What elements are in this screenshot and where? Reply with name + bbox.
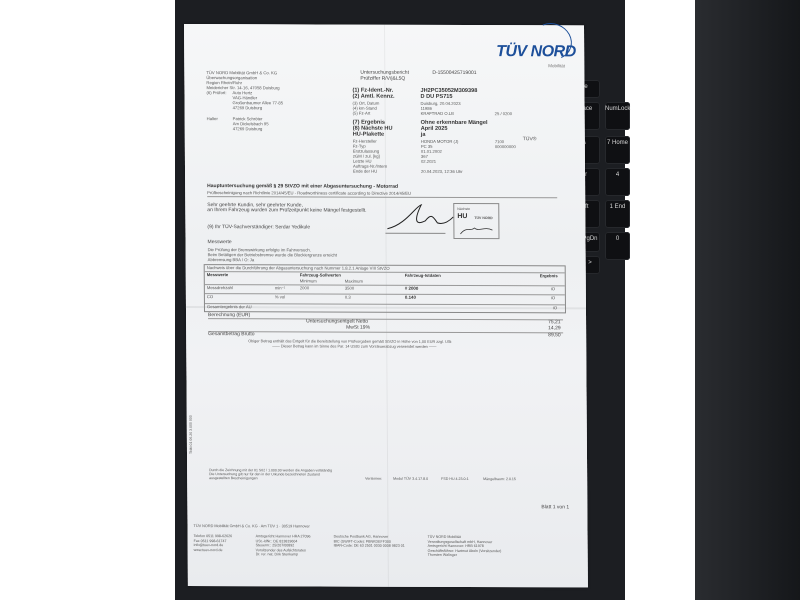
au-table: Nachweis über die Durchführung der Abgas… [204, 264, 566, 313]
pruefort-line: 47269 Duisburg [233, 105, 263, 110]
field-label: (5) Fz-Art [353, 111, 371, 116]
field-extra: 000000000 [495, 144, 516, 149]
prueffziffer: Prüfziffer R/V/j&L5Q [360, 77, 405, 82]
au-cell: 2000 [300, 285, 309, 290]
au-cell: 3500 [345, 286, 354, 291]
au-header: Fahrzeug-Sollwerten [300, 272, 341, 277]
footer-line: Dr. rer. nat. Dirk Stenkamp [256, 552, 298, 557]
au-cell: # 2000 [405, 286, 418, 291]
au-row-line [205, 271, 565, 273]
au-row-line [205, 293, 565, 295]
logo-brand: TÜV NORD [496, 43, 576, 61]
key-label: 7 Home [605, 140, 630, 146]
tuev-mark: TÜV® [523, 137, 537, 142]
au-cell: 0.3 [345, 295, 351, 300]
report-heading: Hauptuntersuchung gemäß § 29 StVZO mit e… [207, 184, 398, 190]
notice-line: ausgestellten Bescheinigungen [209, 476, 257, 481]
field-value: 20.04.2023, 12:36 Uhr [421, 169, 463, 174]
au-footer: Gesamtergebnis der AU [207, 304, 252, 309]
report-number: D-15500425719001 [432, 71, 476, 76]
key-label: 0 [605, 236, 630, 242]
total-value: 89,50 [548, 333, 561, 338]
field-label: (2) Amtl. Kennz. [352, 95, 394, 100]
signature-line [385, 233, 445, 234]
halter-line: 47269 Duisburg [233, 126, 263, 131]
key-label: NumLock [605, 106, 630, 112]
billing-note: —— Dieser Betrag kann im Sinne des Par. … [272, 344, 436, 350]
versions-label: Versionen: [365, 477, 382, 482]
pruefort-label: (6) Prüfort: [206, 90, 226, 95]
keyboard-shade [695, 0, 800, 600]
versions-maengel: Mängelbaum: 2.0.15 [483, 477, 516, 482]
field-label: Ende der HU [353, 169, 377, 174]
au-cell: min⁻¹ [275, 285, 285, 290]
key-1: 1 End [605, 200, 630, 228]
au-header: Messwerte [207, 272, 228, 277]
greeting-line: an Ihrem Fahrzeug wurden zum Prüfzeitpun… [207, 208, 366, 214]
au-header: Ergebnis [540, 273, 558, 278]
messwerte-title: Messwerte [208, 240, 232, 245]
stamp-main: HU [457, 214, 467, 219]
inspection-report-paper: TÜV NORD Mobilität TÜV NORD Mobilität Gm… [184, 24, 588, 587]
side-code: TNM 01 06.20 3.000 000 [189, 415, 194, 454]
billing-value: 14,29 [548, 326, 561, 331]
au-cell: CO [207, 294, 213, 299]
au-subheader: Maximum [345, 279, 363, 284]
key-label: 4 [605, 172, 630, 178]
field-value: ja [421, 133, 426, 138]
key-label: 1 End [605, 204, 630, 210]
key-4: 4 [605, 168, 630, 196]
versions-fsd: FSD HU 4.23.0-1 [441, 477, 469, 482]
report-subheading: Prüfbescheinigung nach Richtlinie 2014/4… [207, 190, 411, 196]
au-cell: % vol [275, 294, 285, 299]
au-footer-result: iO [553, 305, 557, 310]
logo-sub: Mobilität [548, 63, 565, 68]
au-subheader: Minimum [300, 278, 317, 283]
key-7: 7 Home [605, 136, 630, 164]
expert-name: (9) Ihr TÜV-Sachverständiger: Serdar Yed… [207, 225, 310, 231]
field-value: 02.2021 [421, 159, 436, 164]
hu-stamp: Nächste HU TÜV NORD [453, 203, 499, 239]
stamp-signature [458, 224, 494, 236]
au-caption: Nachweis über die Durchführung der Abgas… [207, 265, 390, 271]
au-cell: iO [551, 286, 555, 291]
stamp-brand: TÜV NORD [474, 216, 492, 221]
field-extra: 25 / 0200 [495, 111, 513, 116]
messwerte-line: Abbremsung BBA / O: Ja [208, 257, 255, 262]
signature [385, 203, 455, 233]
billing-label: MwSt 19% [346, 326, 370, 331]
key-numlock: NumLock [605, 102, 630, 130]
au-row-line [205, 303, 565, 305]
tuev-nord-logo: TÜV NORD Mobilität [496, 35, 576, 53]
au-row-line [205, 284, 565, 286]
field-value: KRAFTRAD O.LB [421, 111, 454, 116]
footer-company: TÜV NORD Mobilität GmbH & Co. KG · Am TÜ… [193, 524, 309, 530]
page-indicator: Blatt 1 von 1 [541, 505, 569, 510]
footer-line: www.tuev-nord.de [194, 548, 223, 553]
versions-module: Modul TÜV 3.4.17.8.0 [393, 477, 428, 482]
au-header: Fahrzeug-Istdaten [405, 273, 441, 278]
divider [207, 196, 557, 198]
footer-line: IBAN-Code: DE 63 2501 0030 0008 9823 01 [334, 544, 405, 549]
total-label: Gesamtbetrag Brutto [208, 332, 254, 337]
field-label: HU-Plakette [353, 133, 384, 138]
stamp-top: Nächste [457, 207, 470, 212]
key-0: 0 [605, 232, 630, 260]
footer-line: Thorsten Walinger [428, 553, 457, 558]
halter-label: Halter [207, 116, 218, 121]
field-value: D DU PS715 [420, 95, 452, 100]
au-cell: Messdrehzahl [207, 285, 233, 290]
au-cell: iO [551, 295, 555, 300]
au-cell: 0.140 [405, 295, 416, 300]
